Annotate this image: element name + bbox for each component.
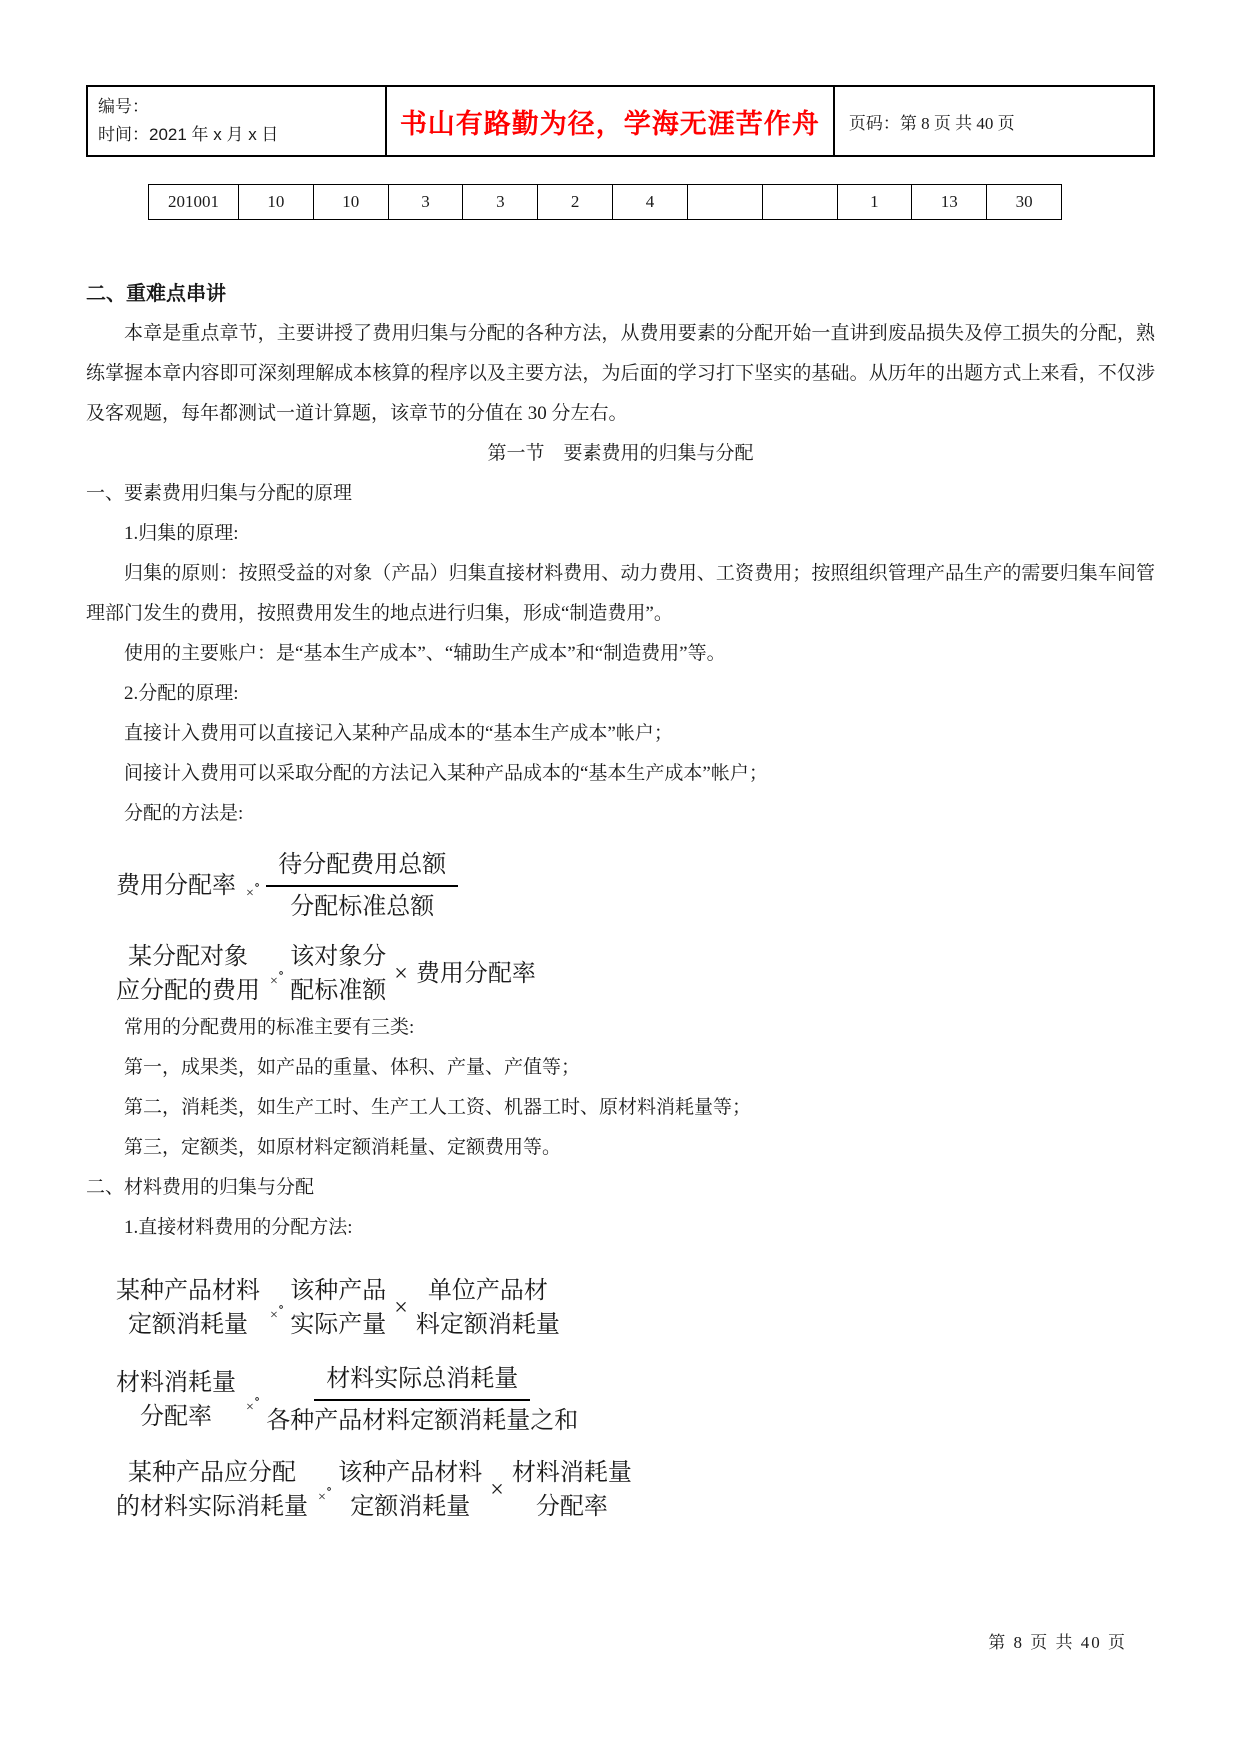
term-line: 某种产品应分配 xyxy=(128,1456,296,1490)
term-line: 应分配的费用 xyxy=(116,974,260,1008)
stacked-term: 该种产品 实际产量 xyxy=(290,1274,386,1342)
equals-glyph: ×∘ xyxy=(270,956,284,999)
stacked-term: 某种产品材料 定额消耗量 xyxy=(116,1274,260,1342)
record-cell: 4 xyxy=(613,185,688,220)
term-line: 该对象分 xyxy=(290,940,386,974)
multiply-sign: × xyxy=(490,1473,504,1507)
record-cell: 10 xyxy=(313,185,388,220)
formula-rhs: 费用分配率 xyxy=(416,957,536,991)
record-cell: 3 xyxy=(463,185,538,220)
record-cell: 201001 xyxy=(149,185,239,220)
formula-allocated-actual-consumption: 某种产品应分配 的材料实际消耗量 ×∘ 该种产品材料 定额消耗量 × 材料消耗量… xyxy=(116,1456,632,1524)
term-line: 分配率 xyxy=(536,1490,608,1524)
list-item-standard-3: 第三，定额类，如原材料定额消耗量、定额费用等。 xyxy=(86,1128,1155,1168)
serial-number-label: 编号： xyxy=(98,93,375,121)
intro-paragraph: 本章是重点章节，主要讲授了费用归集与分配的各种方法，从费用要素的分配开始一直讲到… xyxy=(86,314,1155,434)
paragraph-main-accounts: 使用的主要账户：是“基本生产成本”、“辅助生产成本”和“制造费用”等。 xyxy=(86,634,1155,674)
fraction-denominator: 分配标准总额 xyxy=(290,887,434,924)
term-line: 材料消耗量 xyxy=(512,1456,632,1490)
formula-fee-allocation-rate: 费用分配率 ×∘ 待分配费用总额 分配标准总额 xyxy=(116,848,458,924)
record-cell: 10 xyxy=(239,185,314,220)
formula-material-quota-consumption: 某种产品材料 定额消耗量 ×∘ 该种产品 实际产量 × 单位产品材 料定额消耗量 xyxy=(116,1274,560,1342)
term-line: 配标准额 xyxy=(290,974,386,1008)
page-content: 编号： 时间：2021 年 x 月 x 日 书山有路勤为径，学海无涯苦作舟 页码… xyxy=(0,85,1241,1524)
list-item-standard-1: 第一，成果类，如产品的重量、体积、产量、产值等； xyxy=(86,1048,1155,1088)
term-line: 单位产品材 xyxy=(428,1274,548,1308)
page-number-label: 页码：第 8 页 共 40 页 xyxy=(849,114,1015,133)
term-line: 该种产品 xyxy=(290,1274,386,1308)
paragraph-standards-intro: 常用的分配费用的标准主要有三类: xyxy=(86,1008,1155,1048)
stacked-term: 该对象分 配标准额 xyxy=(290,940,386,1008)
header-meta-cell: 编号： 时间：2021 年 x 月 x 日 xyxy=(87,86,386,156)
equals-glyph: ×∘ xyxy=(270,1290,284,1333)
stacked-term: 材料消耗量 分配率 xyxy=(512,1456,632,1524)
stacked-term: 单位产品材 料定额消耗量 xyxy=(416,1274,560,1342)
term-line: 实际产量 xyxy=(290,1308,386,1342)
record-cell: 30 xyxy=(987,185,1062,220)
multiply-sign: × xyxy=(394,957,408,991)
slogan-cell: 书山有路勤为径，学海无涯苦作舟 xyxy=(386,86,834,156)
term-line: 材料消耗量 xyxy=(116,1366,236,1400)
term-line: 料定额消耗量 xyxy=(416,1308,560,1342)
equals-glyph: ×∘ xyxy=(318,1472,332,1515)
slogan-text: 书山有路勤为径，学海无涯苦作舟 xyxy=(400,109,820,139)
page-footer: 第 8 页 共 40 页 xyxy=(988,1628,1127,1653)
term-line: 定额消耗量 xyxy=(128,1308,248,1342)
multiply-sign: × xyxy=(394,1291,408,1325)
paragraph-method-intro: 分配的方法是: xyxy=(86,794,1155,834)
fraction: 材料实际总消耗量 各种产品材料定额消耗量之和 xyxy=(266,1362,578,1438)
fraction-denominator: 各种产品材料定额消耗量之和 xyxy=(266,1401,578,1438)
record-cell: 2 xyxy=(538,185,613,220)
date-label: 时间：2021 年 x 月 x 日 xyxy=(98,121,375,149)
equals-glyph: ×∘ xyxy=(246,868,260,911)
stacked-term: 某分配对象 应分配的费用 xyxy=(116,940,260,1008)
header-table: 编号： 时间：2021 年 x 月 x 日 书山有路勤为径，学海无涯苦作舟 页码… xyxy=(86,85,1155,157)
stacked-term: 该种产品材料 定额消耗量 xyxy=(338,1456,482,1524)
list-item-principle-2: 2.分配的原理: xyxy=(86,674,1155,714)
formula-lhs: 费用分配率 xyxy=(116,869,236,903)
record-row: 201001 10 10 3 3 2 4 1 13 30 xyxy=(149,185,1062,220)
fraction-numerator: 待分配费用总额 xyxy=(266,848,458,887)
term-line: 分配率 xyxy=(140,1400,212,1434)
record-cell: 3 xyxy=(388,185,463,220)
page-number-cell: 页码：第 8 页 共 40 页 xyxy=(834,86,1154,156)
paragraph-direct-cost: 直接计入费用可以直接记入某种产品成本的“基本生产成本”帐户； xyxy=(86,714,1155,754)
record-cell: 1 xyxy=(837,185,912,220)
fraction-numerator: 材料实际总消耗量 xyxy=(314,1362,530,1401)
stacked-term: 某种产品应分配 的材料实际消耗量 xyxy=(116,1456,308,1524)
term-line: 的材料实际消耗量 xyxy=(116,1490,308,1524)
equals-glyph: ×∘ xyxy=(246,1382,260,1425)
term-line: 定额消耗量 xyxy=(350,1490,470,1524)
record-cell xyxy=(687,185,762,220)
subsection-heading-1: 一、要素费用归集与分配的原理 xyxy=(86,474,1155,514)
list-item-direct-material: 1.直接材料费用的分配方法: xyxy=(86,1208,1155,1248)
term-line: 该种产品材料 xyxy=(338,1456,482,1490)
paragraph-indirect-cost: 间接计入费用可以采取分配的方法记入某种产品成本的“基本生产成本”帐户； xyxy=(86,754,1155,794)
subsection-heading-2: 二、材料费用的归集与分配 xyxy=(86,1168,1155,1208)
term-line: 某种产品材料 xyxy=(116,1274,260,1308)
section-title: 第一节 要素费用的归集与分配 xyxy=(86,434,1155,474)
formula-consumption-allocation-rate: 材料消耗量 分配率 ×∘ 材料实际总消耗量 各种产品材料定额消耗量之和 xyxy=(116,1362,578,1438)
list-item-standard-2: 第二，消耗类，如生产工时、生产工人工资、机器工时、原材料消耗量等； xyxy=(86,1088,1155,1128)
formula-object-allocated-fee: 某分配对象 应分配的费用 ×∘ 该对象分 配标准额 × 费用分配率 xyxy=(116,940,536,1008)
list-item-principle-1: 1.归集的原理: xyxy=(86,514,1155,554)
term-line: 某分配对象 xyxy=(128,940,248,974)
record-cell xyxy=(762,185,837,220)
fraction: 待分配费用总额 分配标准总额 xyxy=(266,848,458,924)
stacked-term: 材料消耗量 分配率 xyxy=(116,1366,236,1434)
record-cell: 13 xyxy=(912,185,987,220)
record-table: 201001 10 10 3 3 2 4 1 13 30 xyxy=(148,184,1062,220)
paragraph-collection-rule: 归集的原则：按照受益的对象（产品）归集直接材料费用、动力费用、工资费用；按照组织… xyxy=(86,554,1155,634)
main-heading: 二、重难点串讲 xyxy=(86,274,1155,314)
document-page: 编号： 时间：2021 年 x 月 x 日 书山有路勤为径，学海无涯苦作舟 页码… xyxy=(0,0,1241,1754)
